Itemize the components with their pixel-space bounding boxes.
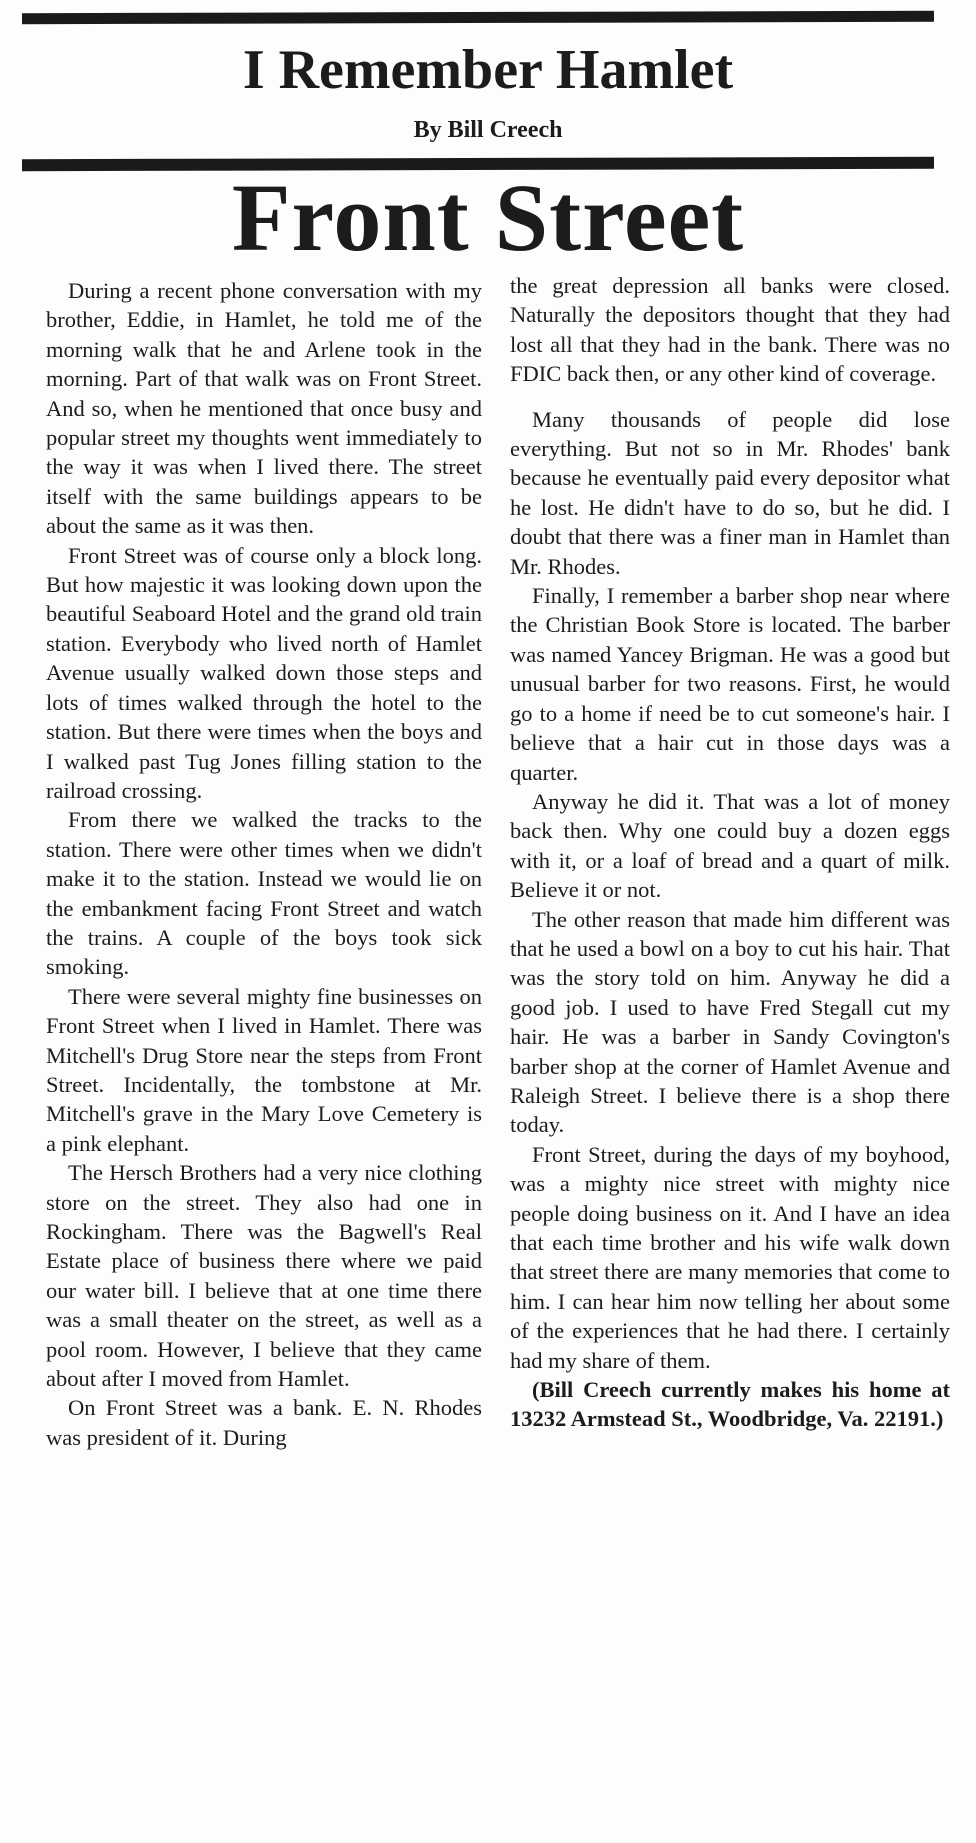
left-column: During a recent phone conversation with … <box>46 276 482 1452</box>
paragraph: There were several mighty fine businesse… <box>46 982 482 1158</box>
paragraph: Front Street, during the days of my boyh… <box>510 1140 950 1375</box>
paragraph: From there we walked the tracks to the s… <box>46 805 482 981</box>
paragraph: During a recent phone conversation with … <box>46 276 482 541</box>
paragraph: Front Street was of course only a block … <box>46 541 482 806</box>
column-kicker: I Remember Hamlet <box>0 38 976 102</box>
paragraph: The other reason that made him different… <box>510 905 950 1140</box>
author-note: (Bill Creech currently makes his home at… <box>510 1375 950 1434</box>
headline: Front Street <box>0 166 976 270</box>
paragraph-continuation: the great depression all banks were clos… <box>510 271 950 389</box>
paragraph: Many thousands of people did lose everyt… <box>510 405 950 581</box>
right-column: the great depression all banks were clos… <box>510 271 950 1434</box>
byline: By Bill Creech <box>0 116 976 144</box>
paragraph: Finally, I remember a barber shop near w… <box>510 581 950 787</box>
paragraph: On Front Street was a bank. E. N. Rhodes… <box>46 1393 482 1452</box>
top-rule <box>22 11 934 24</box>
paragraph: Anyway he did it. That was a lot of mone… <box>510 787 950 905</box>
paragraph: The Hersch Brothers had a very nice clot… <box>46 1158 482 1393</box>
